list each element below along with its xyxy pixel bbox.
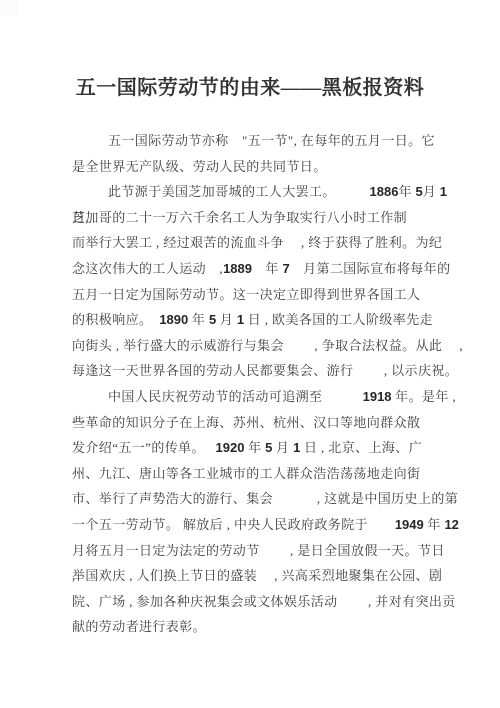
number-text: 1 [440,184,447,199]
number-text: 5 [265,440,272,455]
number-text: 1886 [370,184,399,199]
text-line: 月将五月一日定为法定的劳动节 , 是日全国放假一天。节日 , [72,538,464,564]
number-text: 5 [416,184,423,199]
text-line: 五一国际劳动节亦称 "五一节", 在每年的五月一日。它 [72,128,464,154]
text-line: 发介绍“五一”的传单。 1920 年 5 月 1 日 , 北京、上海、广 [72,435,464,461]
number-text: 1949 [395,517,424,532]
text-line: 院、广场 , 参加各种庆祝集会或文体娱乐活动 , 并对有突出贡 [72,589,464,615]
text-line: 一个五一劳动节。 解放后 , 中央人民政府政务院于 1949 年 12 [72,512,464,538]
document-lines: 五一国际劳动节亦称 "五一节", 在每年的五月一日。它是全世界无产队级、劳动人民… [72,128,464,640]
number-text: 12 [444,517,458,532]
text-line: 念这次伟大的工人运动 ,1889 年 7 月第二国际宣布将每年的 [72,256,464,282]
document-page: 五一国际劳动节的由来——黑板报资料 五一国际劳动节亦称 "五一节", 在每年的五… [0,0,500,708]
number-text: 1 [237,312,244,327]
number-text: 1889 [223,261,252,276]
number-text: 1918 [363,389,392,404]
text-line: 中国人民庆祝劳动节的活动可追溯至 1918 年。是年 , 一 [72,384,464,410]
text-line: 献的劳动者进行表彰。 [72,614,464,640]
text-line: 芝加哥的二十一万六千余名工人为争取实行八小时工作制 [72,205,464,231]
text-line: 些革命的知识分子在上海、苏州、杭州、汉口等地向群众散 [72,410,464,436]
text-line: 五月一日定为国际劳动节。这一决定立即得到世界各国工人 [72,282,464,308]
number-text: 1920 [216,440,245,455]
text-line: 向街头 , 举行盛大的示威游行与集会 , 争取合法权益。从此 , [72,333,464,359]
number-text: 1 [293,440,300,455]
scan-artifact [0,0,18,16]
text-line: 而举行大罢工 , 经过艰苦的流血斗争 , 终于获得了胜利。为纪 [72,230,464,256]
text-line: 是全世界无产队级、劳动人民的共同节日。 [72,154,464,180]
number-text: 1890 [159,312,188,327]
number-text: 5 [209,312,216,327]
page-title: 五一国际劳动节的由来——黑板报资料 [0,75,500,101]
text-line: 此节源于美国芝加哥城的工人大罢工。 1886年 5月 1日, [72,179,464,205]
text-line: 举国欢庆 , 人们换上节日的盛装 , 兴高采烈地聚集在公园、剧 [72,563,464,589]
text-line: 州、九江、唐山等各工业城市的工人群众浩浩荡荡地走向街 [72,461,464,487]
text-line: 每逢这一天世界各国的劳动人民都要集会、游行 , 以示庆祝。 [72,358,464,384]
number-text: 7 [282,261,289,276]
text-line: 市、举行了声势浩大的游行、集会 , 这就是中国历史上的第 [72,486,464,512]
text-line: 的积极响应。 1890 年 5 月 1 日 , 欧美各国的工人阶级率先走 [72,307,464,333]
